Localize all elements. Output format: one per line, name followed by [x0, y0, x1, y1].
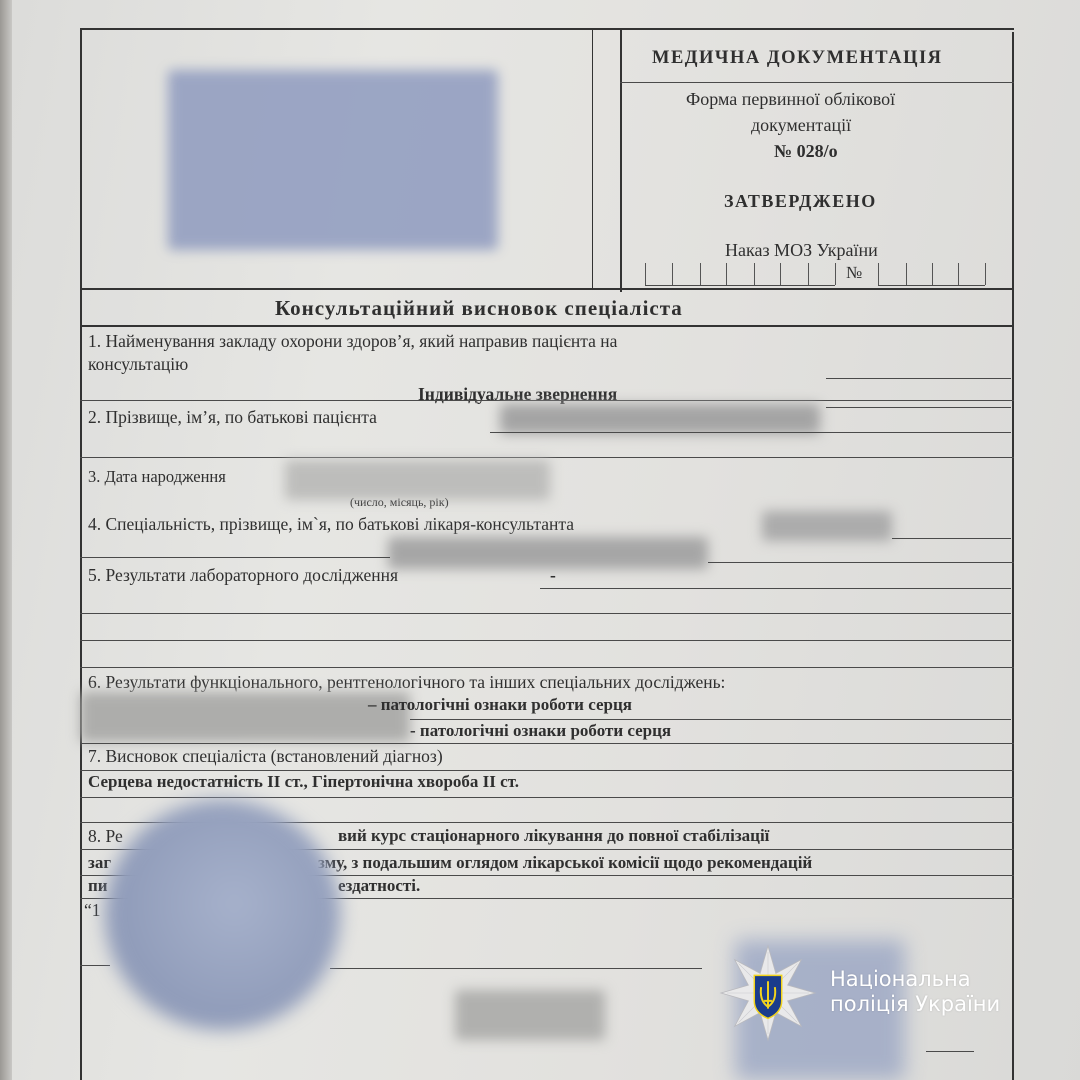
header-bottom-border: [80, 288, 1014, 290]
form-line-1: Форма первинної облікової: [686, 89, 895, 110]
signature-line-left: [80, 965, 110, 966]
doc-category: МЕДИЧНА ДОКУМЕНТАЦІЯ: [652, 48, 943, 69]
field-2-label: 2. Прізвище, ім’я, по батькові пацієнта: [88, 407, 377, 428]
signature-redacted: [455, 990, 605, 1040]
institution-stamp-redacted: [168, 70, 498, 250]
police-logo-text: Національна поліція України: [830, 967, 1000, 1017]
field-1-label-line-2: консультацію: [88, 354, 188, 375]
field-5-label: 5. Результати лабораторного дослідження: [88, 565, 398, 586]
field-6-study-redacted: [80, 692, 410, 742]
frame-right-border: [1012, 32, 1014, 1080]
police-logo-line-2: поліція України: [830, 992, 1000, 1017]
field-6-result-2: - патологічні ознаки роботи серця: [410, 721, 671, 741]
field-4-divider-left: [80, 557, 390, 558]
field-7-underline: [80, 770, 1014, 771]
field-1-label-line-1: 1. Найменування закладу охорони здоров’я…: [88, 331, 617, 352]
field-1-divider: [80, 400, 1014, 401]
field-7-label: 7. Висновок спеціаліста (встановлений ді…: [88, 746, 443, 767]
recommendation-line-2-prefix: заг: [88, 853, 111, 873]
frame-left-border: [80, 28, 82, 1080]
approved-label: ЗАТВЕРДЖЕНО: [724, 191, 877, 212]
field-2-underline-a: [826, 407, 1011, 408]
recommendation-line-1: вий курс стаціонарного лікування до повн…: [338, 826, 769, 846]
form-line-2: документації: [751, 115, 851, 136]
field-7-divider: [80, 797, 1014, 798]
field-2-value-redacted: [500, 404, 820, 434]
police-emblem-icon: [719, 944, 817, 1042]
field-6-divider: [80, 743, 1014, 744]
frame-top-border: [80, 28, 1014, 30]
field-3-hint: (число, місяць, рік): [350, 495, 449, 510]
field-4-value-redacted-b: [388, 537, 708, 569]
field-5-line-3: [80, 640, 1011, 641]
field-5-line-2: [80, 613, 1011, 614]
field-5-value: -: [550, 565, 556, 586]
field-2-divider: [80, 457, 1014, 458]
recommendation-line-2: зму, з подальшим оглядом лікарської комі…: [318, 853, 812, 873]
field-5-divider: [80, 667, 1014, 668]
recommendation-line-3-prefix: пи: [88, 876, 108, 896]
field-4-underline: [892, 538, 1011, 539]
form-number: № 028/о: [774, 141, 838, 162]
document-title: Консультаційний висновок спеціаліста: [275, 296, 683, 321]
field-6-underline-1: [410, 719, 1011, 720]
header-box-separator: [620, 82, 1014, 83]
signature-line-right: [330, 968, 702, 969]
field-8-label-prefix: 8. Ре: [88, 826, 123, 847]
police-logo-line-1: Національна: [830, 967, 1000, 992]
header-divider: [592, 28, 593, 290]
paper-edge: [0, 0, 12, 1080]
recommendation-line-3: ездатності.: [338, 876, 420, 896]
field-1-value: Індивідуальне звернення: [418, 384, 617, 405]
field-5-underline: [540, 588, 1011, 589]
field-3-label: 3. Дата народження: [88, 467, 226, 487]
field-6-label: 6. Результати функціонального, рентгенол…: [88, 672, 725, 693]
order-number-sign: №: [846, 263, 862, 283]
field-6-result-1: – патологічні ознаки роботи серця: [368, 695, 632, 715]
date-prefix: “1: [84, 900, 101, 921]
header-box-left: [620, 30, 622, 292]
field-4-label: 4. Спеціальність, прізвище, ім`я, по бат…: [88, 514, 574, 535]
field-4-divider-right: [708, 562, 1014, 563]
round-seal-redacted: [105, 800, 340, 1030]
bottom-right-line: [926, 1051, 974, 1052]
field-3-value-redacted: [285, 460, 550, 500]
diagnosis-value: Серцева недостатність ІІ ст., Гіпертоніч…: [88, 772, 519, 792]
order-label: Наказ МОЗ України: [725, 240, 878, 261]
field-4-value-redacted-a: [762, 511, 892, 541]
field-1-underline: [826, 378, 1011, 379]
field-2-underline-b: [490, 432, 1011, 433]
title-bottom-border: [80, 325, 1014, 327]
